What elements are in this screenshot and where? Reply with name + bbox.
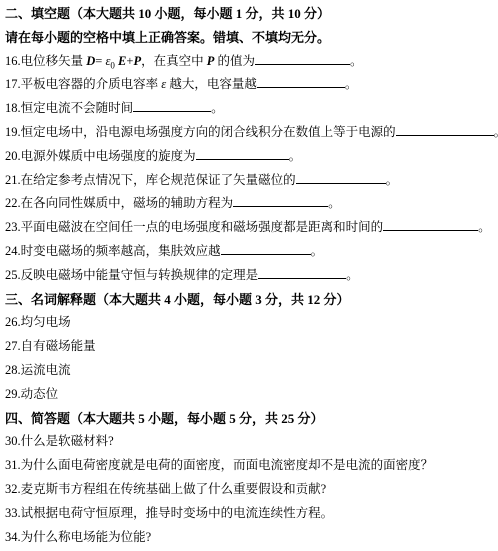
fill-blank <box>221 242 311 255</box>
question-line: 16.电位移矢量 D= ε0 E+P，在真空中 P 的值为。 <box>5 50 494 74</box>
question-text: 20.电源外媒质中电场强度的旋度为 <box>5 149 196 163</box>
question-text: 25.反映电磁场中能量守恒与转换规律的定理是 <box>5 268 258 282</box>
question-line: 31.为什么面电荷密度就是电荷的面密度，而面电流密度却不是电流的面密度？ <box>5 454 494 478</box>
question-text: 17.平板电容器的介质电容率 <box>5 77 161 91</box>
fill-blank <box>396 123 494 136</box>
question-text: 30.什么是软磁材料? <box>5 434 114 448</box>
question-text: 24.时变电磁场的频率越高，集肤效应越 <box>5 244 221 258</box>
fill-blank <box>383 218 478 231</box>
question-line: 19.恒定电场中，沿电源电场强度方向的闭合线积分在数值上等于电源的。 <box>5 121 494 145</box>
question-text: 23.平面电磁波在空间任一点的电场强度和磁场强度都是距离和时间的 <box>5 220 383 234</box>
question-line: 22.在各向同性媒质中，磁场的辅助方程为。 <box>5 192 494 216</box>
question-text: 33.试根据电荷守恒原理，推导时变场中的电流连续性方程。 <box>5 506 333 520</box>
question-text: 32.麦克斯韦方程组在传统基础上做了什么重要假设和贡献? <box>5 482 326 496</box>
question-text: 34.为什么称电场能为位能? <box>5 530 151 544</box>
fill-blank <box>133 99 211 112</box>
question-text: 26.均匀电场 <box>5 315 71 329</box>
question-text: 22.在各向同性媒质中，磁场的辅助方程为 <box>5 196 233 210</box>
fill-blank <box>258 266 346 279</box>
question-line: 33.试根据电荷守恒原理，推导时变场中的电流连续性方程。 <box>5 502 494 526</box>
question-line: 29.动态位 <box>5 383 494 407</box>
question-line: 28.运流电流 <box>5 359 494 383</box>
section-heading-term-explanation: 三、名词解释题（本大题共 4 小题，每小题 3 分，共 12 分） <box>5 288 494 312</box>
question-text: 。 <box>345 77 358 91</box>
question-line: 17.平板电容器的介质电容率 ε 越大，电容量越。 <box>5 73 494 97</box>
question-text: ，在真空中 <box>141 54 207 68</box>
question-text: 。 <box>350 54 363 68</box>
question-text: 。 <box>494 125 498 139</box>
formula-symbol: D <box>86 54 95 68</box>
question-line: 34.为什么称电场能为位能? <box>5 526 494 550</box>
question-text: 越大，电容量越 <box>166 77 257 91</box>
question-text: 。 <box>386 173 399 187</box>
question-line: 27.自有磁场能量 <box>5 335 494 359</box>
section-heading-short-answer: 四、简答题（本大题共 5 小题，每小题 5 分，共 25 分） <box>5 407 494 431</box>
question-text: 16.电位移矢量 <box>5 54 86 68</box>
question-text: 。 <box>289 149 302 163</box>
fill-blank <box>233 194 328 207</box>
question-text: 29.动态位 <box>5 387 58 401</box>
question-line: 23.平面电磁波在空间任一点的电场强度和磁场强度都是距离和时间的。 <box>5 216 494 240</box>
question-text: 。 <box>346 268 359 282</box>
question-text: 18.恒定电流不会随时间 <box>5 101 133 115</box>
question-text: 31.为什么面电荷密度就是电荷的面密度，而面电流密度却不是电流的面密度？ <box>5 458 433 472</box>
question-line: 25.反映电磁场中能量守恒与转换规律的定理是。 <box>5 264 494 288</box>
formula-symbol: P <box>133 54 141 68</box>
question-text: 19.恒定电场中，沿电源电场强度方向的闭合线积分在数值上等于电源的 <box>5 125 396 139</box>
question-text: 21.在给定参考点情况下，库仑规范保证了矢量磁位的 <box>5 173 296 187</box>
exam-content: 二、填空题（本大题共 10 小题，每小题 1 分，共 10 分）请在每小题的空格… <box>5 2 494 549</box>
question-line: 32.麦克斯韦方程组在传统基础上做了什么重要假设和贡献? <box>5 478 494 502</box>
fill-blank <box>296 171 386 184</box>
question-line: 26.均匀电场 <box>5 311 494 335</box>
question-text: 。 <box>478 220 491 234</box>
question-line: 20.电源外媒质中电场强度的旋度为。 <box>5 145 494 169</box>
fill-blank <box>196 147 289 160</box>
fill-blank <box>255 52 350 65</box>
question-text: 28.运流电流 <box>5 363 71 377</box>
question-text: = <box>95 54 105 68</box>
question-text: 。 <box>211 101 224 115</box>
question-line: 18.恒定电流不会随时间。 <box>5 97 494 121</box>
question-line: 30.什么是软磁材料? <box>5 430 494 454</box>
question-text: 的值为 <box>214 54 255 68</box>
section-instructions: 请在每小题的空格中填上正确答案。错填、不填均无分。 <box>5 26 494 50</box>
exam-paper: 二、填空题（本大题共 10 小题，每小题 1 分，共 10 分）请在每小题的空格… <box>0 0 498 551</box>
question-line: 24.时变电磁场的频率越高，集肤效应越。 <box>5 240 494 264</box>
question-text: 。 <box>311 244 324 258</box>
section-heading-fill-in-the-blank: 二、填空题（本大题共 10 小题，每小题 1 分，共 10 分） <box>5 2 494 26</box>
question-text: 。 <box>328 196 341 210</box>
question-line: 21.在给定参考点情况下，库仑规范保证了矢量磁位的。 <box>5 169 494 193</box>
question-text: 27.自有磁场能量 <box>5 339 96 353</box>
fill-blank <box>257 75 345 88</box>
